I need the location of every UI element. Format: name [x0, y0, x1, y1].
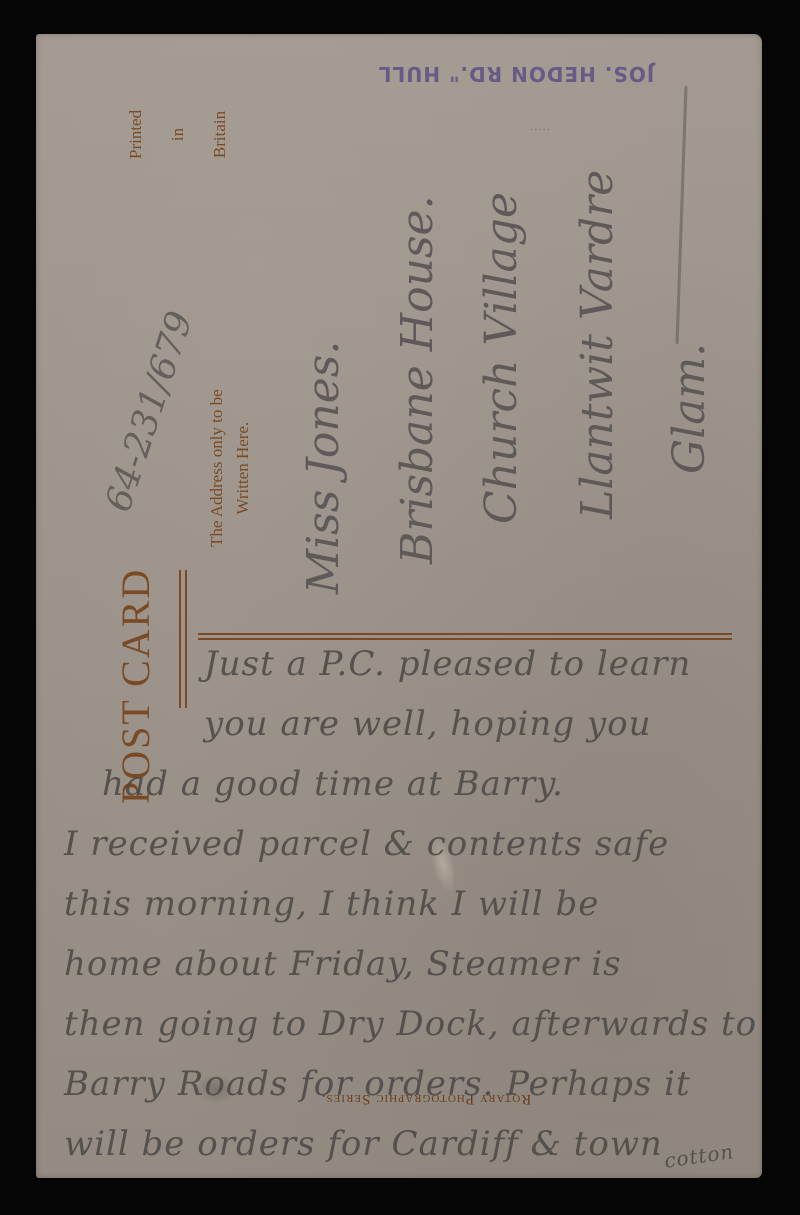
printed-in-line: in — [168, 110, 188, 159]
message-line: had a good time at Barry. — [52, 754, 752, 814]
address-line: Church Village — [476, 192, 527, 524]
reference-number: 64-231/679 — [98, 307, 201, 517]
message-line: Just a P.C. pleased to learn — [52, 634, 752, 694]
scan-background: JOS. HEDON RD." HULL ..... Printed in Br… — [0, 0, 800, 1215]
address-instruction-line: Written Here. — [230, 389, 256, 547]
rubber-stamp: JOS. HEDON RD." HULL — [326, 62, 706, 86]
address-line: Glam. — [664, 343, 715, 474]
address-line: Llantwit Vardre — [572, 170, 623, 519]
message-line: this morning, I think I will be — [52, 874, 752, 934]
message-line: you are well, hoping you — [52, 694, 752, 754]
message-line: then going to Dry Dock, afterwards to — [52, 994, 752, 1054]
message-line: will be orders for Cardiff & town — [52, 1114, 752, 1174]
address-line: Brisbane House. — [392, 195, 443, 564]
message-line: I received parcel & contents safe — [52, 814, 752, 874]
address-instruction-line: The Address only to be — [204, 389, 230, 547]
printed-in-line: Printed — [126, 110, 146, 159]
printed-in-britain: Printed in Britain — [126, 110, 230, 159]
printed-in-line: Britain — [210, 110, 230, 159]
address-underline — [675, 86, 687, 344]
stamp-residue: ..... — [530, 122, 551, 133]
address-instruction: The Address only to be Written Here. — [204, 389, 256, 547]
address-line: Miss Jones. — [298, 341, 349, 594]
message-line: home about Friday, Steamer is — [52, 934, 752, 994]
message-line: Barry Roads for orders. Perhaps it — [52, 1054, 752, 1114]
postcard: JOS. HEDON RD." HULL ..... Printed in Br… — [36, 34, 762, 1178]
handwritten-message: Just a P.C. pleased to learn you are wel… — [52, 634, 752, 1174]
